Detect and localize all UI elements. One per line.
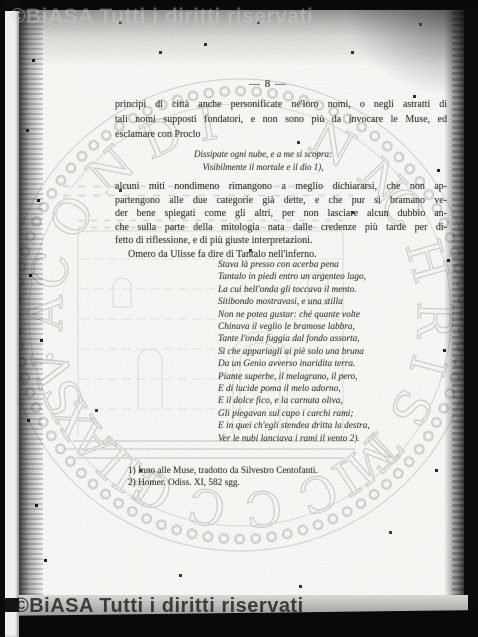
verse-line: E di lucide poma il melo adorno, <box>218 383 370 395</box>
paragraph-1: principi di città anche personificate ne… <box>115 97 447 142</box>
verse-line: Gli piegavan sul capo i carchi rami; <box>218 408 370 420</box>
left-film-edge-white-strip <box>5 0 19 637</box>
paragraph-2: alcuni miti nondimeno rimangono a meglio… <box>115 180 447 262</box>
verse-line: Non ne potea gustar: ché quante volte <box>218 309 370 321</box>
verse-line: Tantalo in piedi entro un argenteo lago, <box>218 271 370 283</box>
verse-line: Da un Genio avverso inaridita terra. <box>218 358 370 370</box>
frame-bottom-bar <box>0 610 478 637</box>
verse-line: Ver le nubi lanciava i rami il vento 2). <box>218 433 370 445</box>
homer-verse: Stava là presso con acerba pena Tantalo … <box>218 259 370 445</box>
footnotes: 1) Inno alle Muse, tradotto da Silvestro… <box>128 465 318 489</box>
verse-line: Piante superbe, il melagrano, il pero, <box>218 371 370 383</box>
scanned-book-page-photo: N N C H R I S T I M C C C C L X V H A S … <box>0 0 478 637</box>
body-line: partengono alle due categorie già dette,… <box>115 194 447 208</box>
footnote-line: 2) Homer. Odiss. XI, 582 sgg. <box>128 477 318 489</box>
verse-line: Sitibondo mostravasi, e una stilla <box>218 296 370 308</box>
left-film-edge-black <box>0 0 5 637</box>
body-line: der bene spiegati come gli altri, per no… <box>115 207 447 221</box>
left-edge-noise-texture <box>19 8 43 618</box>
body-line: alcuni miti nondimeno rimangono a meglio… <box>115 180 447 194</box>
verse-line: Tante l'onda fuggia dal fondo assorta, <box>218 333 370 345</box>
copyright-watermark-top: ©BiASA Tutti i diritti riservati <box>10 5 313 29</box>
verse-line: E in quei ch'egli stendea dritta la dest… <box>218 420 370 432</box>
verse-line: La cui bell'onda gli toccava il mento. <box>218 284 370 296</box>
body-line: tali nomi supposti fondatori, e non sono… <box>115 112 447 127</box>
body-line: esclamare con Proclo <box>115 127 447 142</box>
quote-line: Dissipate ogni nube, e a me si scopra: <box>98 148 428 161</box>
footnote-line: 1) Inno alle Muse, tradotto da Silvestro… <box>128 465 318 477</box>
body-line: fetto di riflessione, e di più giuste in… <box>115 234 447 248</box>
paper-page: N N C H R I S T I M C C C C L X V H A S … <box>18 9 464 610</box>
quote-line: Visibilmente il mortale e il dio 1), <box>98 161 428 174</box>
verse-line: Chinava il veglio le bramose labbra, <box>218 321 370 333</box>
verse-line: Stava là presso con acerba pena <box>218 259 370 271</box>
body-line: principi di città anche personificate ne… <box>115 97 447 112</box>
right-edge-noise-texture <box>452 0 470 637</box>
body-line: che sulla parte della mitologia nata dal… <box>115 221 447 235</box>
proclus-quote: Dissipate ogni nube, e a me si scopra: V… <box>98 148 428 174</box>
verse-line: E il dolce fico, e la carnuta oliva, <box>218 395 370 407</box>
verse-line: Sì che appariagli ai piè solo una bruna <box>218 346 370 358</box>
left-strip-mark-bottom <box>5 598 19 612</box>
